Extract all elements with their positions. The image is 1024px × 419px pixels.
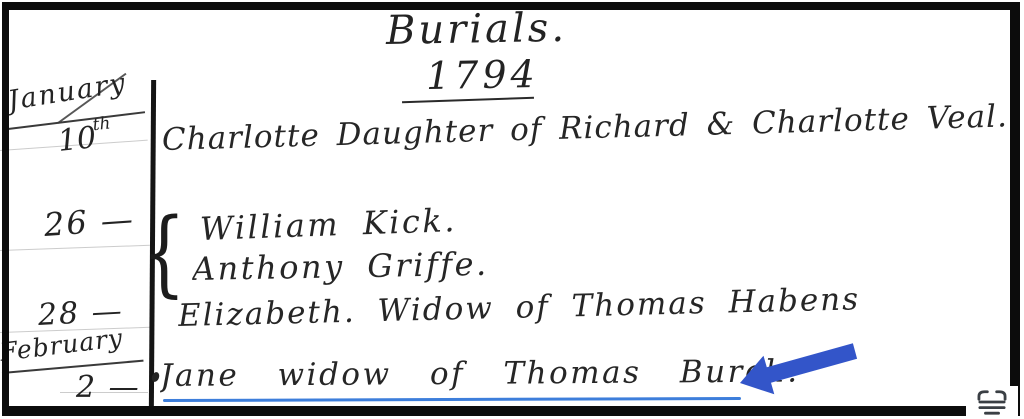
- date-month-january: January: [6, 67, 129, 116]
- date-day-2: 2 —: [76, 370, 141, 405]
- text-scan-icon-glyph: [973, 388, 1011, 416]
- arrow-icon: [735, 341, 865, 401]
- date-day-suffix: th: [92, 113, 112, 135]
- scanned-register-page: Burials. 1794 January 10th 26 — 28 — Feb…: [0, 0, 1024, 419]
- burial-entry: Charlotte Daughter of Richard & Charlott…: [161, 98, 1010, 158]
- frame-border-right: [1010, 2, 1020, 416]
- frame-border-top: [2, 2, 1020, 10]
- burial-entry: William Kick.: [199, 201, 457, 248]
- text-scan-icon[interactable]: [966, 386, 1018, 418]
- burial-entry: Anthony Griffe.: [192, 245, 489, 288]
- page-title: Burials.: [386, 5, 568, 54]
- date-month-february: February: [0, 323, 125, 367]
- highlight-underline: [163, 397, 741, 402]
- date-day-10th: 10th: [56, 118, 115, 159]
- faint-rule-line: [0, 245, 150, 251]
- highlight-arrow: [735, 341, 865, 401]
- highlight-arrow-shape: [740, 343, 857, 394]
- date-day-number: 10: [56, 120, 98, 159]
- entry-group-brace: {: [142, 198, 186, 307]
- frame-border-left: [2, 2, 9, 416]
- date-day-26: 26 —: [43, 200, 136, 244]
- burial-entry-highlighted: Jane widow of Thomas Burch.: [160, 354, 800, 394]
- frame-border-bottom: [2, 406, 1020, 416]
- page-year: 1794: [426, 52, 539, 98]
- burial-entry: Elizabeth. Widow of Thomas Habens: [178, 281, 861, 334]
- year-underline: [402, 97, 534, 104]
